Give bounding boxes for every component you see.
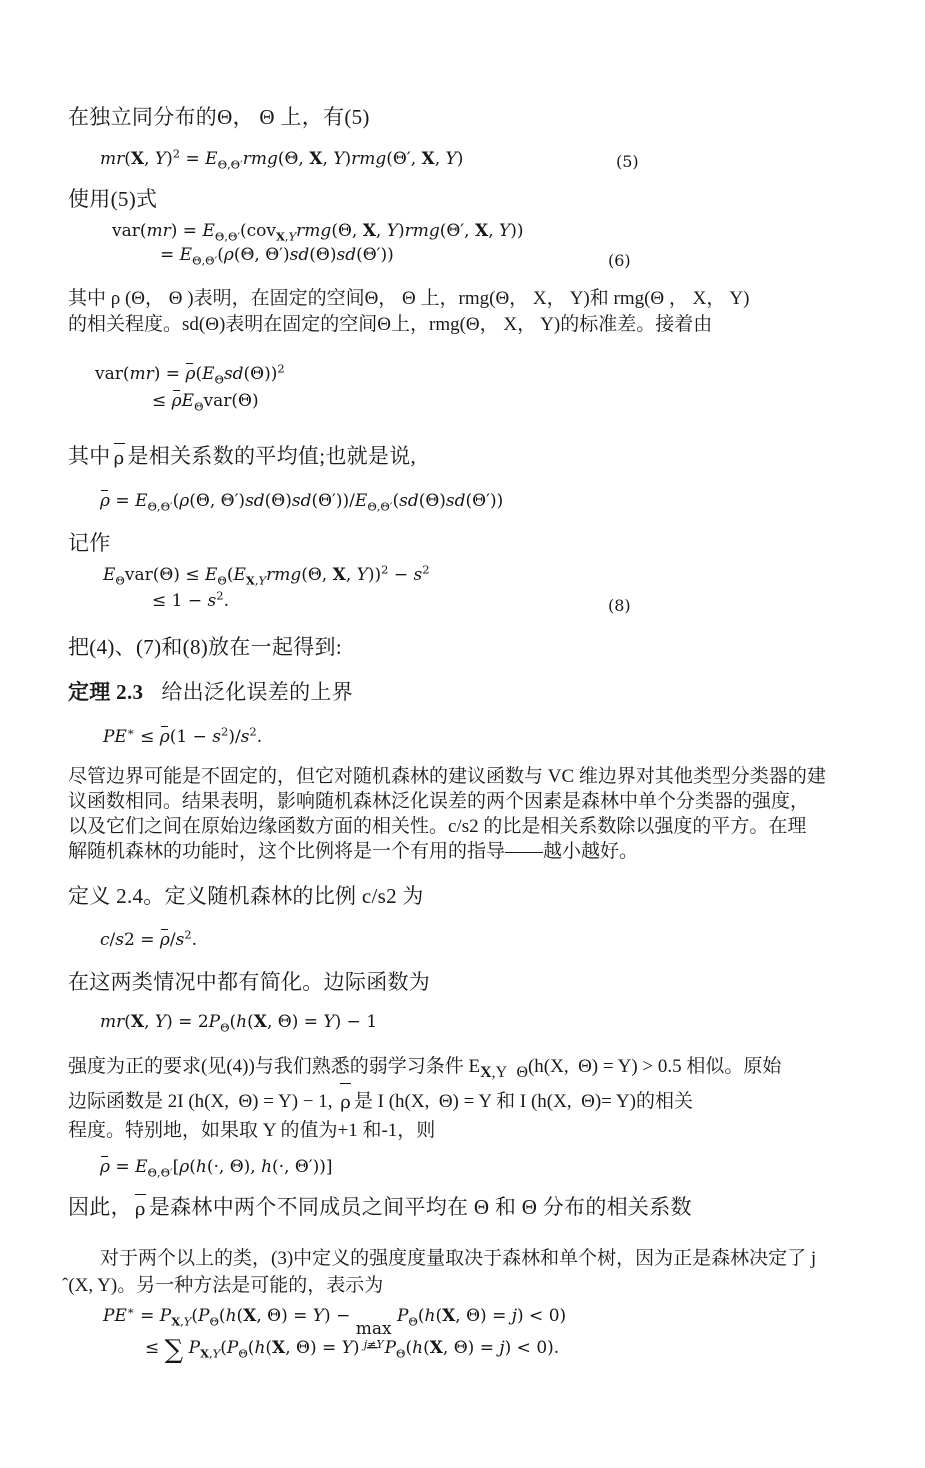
theorem-2-3-heading: 定理 2.3给出泛化误差的上界 <box>68 676 353 706</box>
paragraph-line: 强度为正的要求(见(4))与我们熟悉的弱学习条件 EX,Y Θ(h(X, Θ) … <box>68 1052 781 1087</box>
paragraph-bound-discussion: 尽管边界可能是不固定的，但它对随机森林的建议函数与 VC 维边界对其他类型分类器… <box>68 764 826 864</box>
equation-pe-bound: PE∗ ≤ ρ(1 − s2)/s2. <box>103 727 262 747</box>
equation-8-number: (8) <box>608 596 631 615</box>
paragraph-multiclass: 对于两个以上的类，(3)中定义的强度度量取决于森林和单个树，因为正是森林决定了 … <box>62 1245 816 1299</box>
paragraph-line: 尽管边界可能是不固定的，但它对随机森林的建议函数与 VC 维边界对其他类型分类器… <box>68 764 826 789</box>
statement-therefore-correlation: 因此，ρ是森林中两个不同成员之间平均在 Θ 和 Θ 分布的相关系数 <box>68 1191 692 1221</box>
equation-6-line1: var(mr) = EΘ,Θ′(covX,Yrmg(Θ, X, Y)rmg(Θ′… <box>112 221 524 241</box>
statement-use-eq5: 使用(5)式 <box>68 183 157 213</box>
equation-7-line2: ≤ ρEΘvar(Θ) <box>152 391 259 411</box>
equation-pe-multiclass-line2: ≤ ∑ PX,Y(PΘ(h(X, Θ) = Y) − PΘ(h(X, Θ) = … <box>145 1338 559 1358</box>
equation-7-line1: var(mr) = ρ(EΘsd(Θ))2 <box>95 364 285 384</box>
paragraph-line: 边际函数是 2I (h(X, Θ) = Y) − 1, ρ是 I (h(X, Θ… <box>68 1087 781 1116</box>
equation-8-line1: EΘvar(Θ) ≤ EΘ(EX,Yrmg(Θ, X, Y))2 − s2 <box>103 565 430 585</box>
paragraph-line: 其中 ρ (Θ， Θ )表明，在固定的空间Θ， Θ 上，rmg(Θ， X， Y)… <box>68 286 749 312</box>
definition-2-4-heading: 定义 2.4。定义随机森林的比例 c/s2 为 <box>68 880 424 910</box>
paragraph-line: 以及它们之间在原始边缘函数方面的相关性。c/s2 的比是相关系数除以强度的平方。… <box>68 814 826 839</box>
equation-rho-correlation: ρ = EΘ,Θ′[ρ(h(·, Θ), h(·, Θ′))] <box>100 1157 333 1177</box>
statement-combine-results: 把(4)、(7)和(8)放在一起得到: <box>68 631 342 661</box>
paragraph-line: 的相关程度。sd(Θ)表明在固定的空间Θ上，rmg(Θ， X， Y)的标准差。接… <box>68 312 749 338</box>
paragraph-line: 解随机森林的功能时，这个比例将是一个有用的指导——越小越好。 <box>68 839 826 864</box>
equation-cs2-definition: c/s2 = ρ/s2. <box>100 930 197 950</box>
document-page: 在独立同分布的Θ， Θ 上，有(5) mr(X, Y)2 = EΘ,Θ′rmg(… <box>0 0 925 1468</box>
paragraph-line: 程度。特别地，如果取 Y 的值为+1 和-1，则 <box>68 1116 781 1145</box>
statement-iid-intro: 在独立同分布的Θ， Θ 上，有(5) <box>68 101 370 131</box>
equation-8-line2: ≤ 1 − s2. <box>152 591 229 611</box>
paragraph-line: 议函数相同。结果表明，影响随机森林泛化误差的两个因素是森林中单个分类器的强度， <box>68 789 826 814</box>
theorem-text: 给出泛化误差的上界 <box>161 680 353 704</box>
statement-simplification: 在这两类情况中都有简化。边际函数为 <box>68 966 430 996</box>
equation-5-number: (5) <box>616 152 639 171</box>
paragraph-weak-learning: 强度为正的要求(见(4))与我们熟悉的弱学习条件 EX,Y Θ(h(X, Θ) … <box>68 1052 781 1145</box>
theorem-label: 定理 2.3 <box>68 680 143 704</box>
equation-5: mr(X, Y)2 = EΘ,Θ′rmg(Θ, X, Y)rmg(Θ′, X, … <box>100 149 463 169</box>
statement-denote: 记作 <box>68 527 111 557</box>
paragraph-rho-sd-explanation: 其中 ρ (Θ， Θ )表明，在固定的空间Θ， Θ 上，rmg(Θ， X， Y)… <box>68 286 749 338</box>
equation-rho-definition: ρ = EΘ,Θ′(ρ(Θ, Θ′)sd(Θ)sd(Θ′))/EΘ,Θ′(sd(… <box>100 491 503 511</box>
equation-6-number: (6) <box>608 251 631 270</box>
statement-mean-correlation: 其中ρ是相关系数的平均值;也就是说, <box>68 440 416 470</box>
paragraph-line: ˆ(X, Y)。另一种方法是可能的，表示为 <box>62 1272 816 1299</box>
equation-6-line2: = EΘ,Θ′(ρ(Θ, Θ′)sd(Θ)sd(Θ′)) <box>160 245 394 265</box>
equation-margin-function: mr(X, Y) = 2PΘ(h(X, Θ) = Y) − 1 <box>100 1012 377 1032</box>
paragraph-line: 对于两个以上的类，(3)中定义的强度度量取决于森林和单个树，因为正是森林决定了 … <box>62 1245 816 1272</box>
